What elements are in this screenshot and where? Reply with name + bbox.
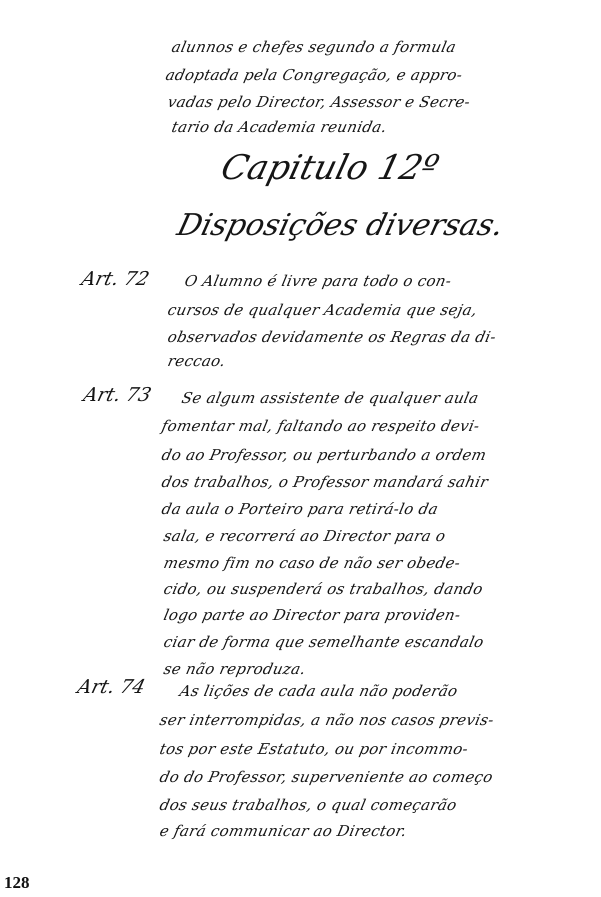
intro-line: alunnos e chefes segundo a formula [170, 38, 458, 56]
article-line: ser interrompidas, a não nos casos previ… [158, 711, 496, 729]
article-line: tos por este Estatuto, ou por incommo- [158, 740, 470, 758]
chapter-subtitle: Disposições diversas. [174, 208, 508, 243]
article-label: Art. 72 [79, 268, 151, 290]
article-line: se não reproduza. [162, 660, 307, 678]
article-line: O Alumno é livre para todo o con- [183, 272, 453, 290]
article-line: ciar de forma que semelhante escandalo [162, 633, 486, 651]
article-line: As lições de cada aula não poderão [178, 682, 459, 700]
chapter-title: Capitulo 12º [217, 148, 443, 188]
article-line: dos seus trabalhos, o qual começarão [158, 796, 458, 814]
manuscript-page: alunnos e chefes segundo a formula adopt… [0, 0, 601, 897]
article-line: Se algum assistente de qualquer aula [180, 389, 480, 407]
article-line: fomentar mal, faltando ao respeito devi- [160, 417, 481, 435]
article-line: logo parte ao Director para providen- [162, 606, 462, 624]
article-line: do ao Professor, ou perturbando a ordem [160, 446, 488, 464]
article-line: da aula o Porteiro para retirá-lo da [160, 500, 440, 518]
article-label: Art. 73 [81, 384, 153, 406]
intro-line: vadas pelo Director, Assessor e Secre- [166, 93, 472, 111]
article-line: observados devidamente os Regras da di- [166, 328, 498, 346]
article-line: reccao. [166, 352, 227, 370]
article-line: dos trabalhos, o Professor mandará sahir [160, 473, 490, 491]
article-line: cido, ou suspenderá os trabalhos, dando [162, 580, 485, 598]
article-line: mesmo fim no caso de não ser obede- [162, 554, 462, 572]
article-line: sala, e recorrerá ao Director para o [162, 527, 447, 545]
article-line: do do Professor, superveniente ao começo [158, 768, 495, 786]
article-line: e fará communicar ao Director. [158, 822, 408, 840]
article-line: cursos de qualquer Academia que seja, [166, 301, 479, 319]
intro-line: adoptada pela Congregação, e appro- [164, 66, 464, 84]
article-label: Art. 74 [75, 676, 147, 698]
page-number: 128 [4, 873, 30, 893]
intro-line: tario da Academia reunida. [170, 118, 389, 136]
